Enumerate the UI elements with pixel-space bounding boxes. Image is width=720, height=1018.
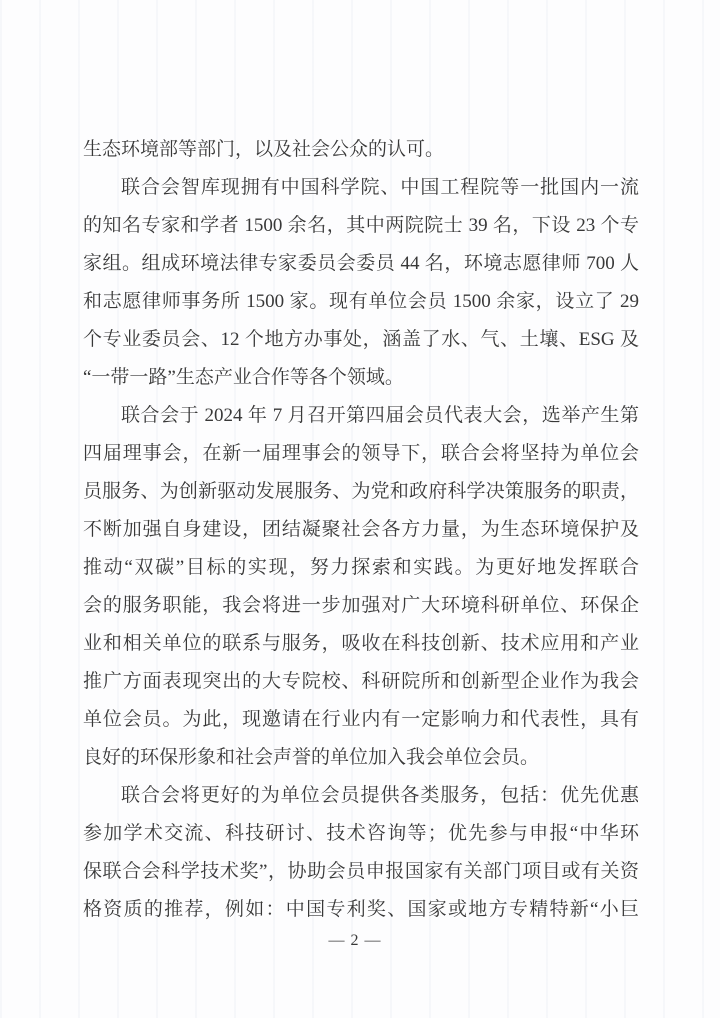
text-line: 个专业委员会、12 个地方办事处，涵盖了水、气、土壤、ESG 及 — [83, 321, 639, 359]
text-line: 联合会将更好的为单位会员提供各类服务，包括：优先优惠 — [83, 777, 639, 815]
text-line: 会的服务职能，我会将进一步加强对广大环境科研单位、环保企 — [83, 587, 639, 625]
text-line: 生态环境部等部门，以及社会公众的认可。 — [83, 131, 639, 169]
text-line: 推广方面表现突出的大专院校、科研院所和创新型企业作为我会 — [83, 663, 639, 701]
document-body: 生态环境部等部门，以及社会公众的认可。联合会智库现拥有中国科学院、中国工程院等一… — [83, 131, 639, 929]
text-line: 家组。组成环境法律专家委员会委员 44 名，环境志愿律师 700 人 — [83, 245, 639, 283]
text-line: 不断加强自身建设，团结凝聚社会各方力量，为生态环境保护及 — [83, 511, 639, 549]
text-line: 参加学术交流、科技研讨、技术咨询等；优先参与申报“中华环 — [83, 815, 639, 853]
text-line: 联合会于 2024 年 7 月召开第四届会员代表大会，选举产生第 — [83, 397, 639, 435]
text-line: 单位会员。为此，现邀请在行业内有一定影响力和代表性，具有 — [83, 701, 639, 739]
text-line: 员服务、为创新驱动发展服务、为党和政府科学决策服务的职责， — [83, 473, 639, 511]
text-line: 业和相关单位的联系与服务，吸收在科技创新、技术应用和产业 — [83, 625, 639, 663]
text-line: “一带一路”生态产业合作等各个领域。 — [83, 359, 639, 397]
text-line: 的知名专家和学者 1500 余名，其中两院院士 39 名，下设 23 个专 — [83, 207, 639, 245]
text-line: 保联合会科学技术奖”，协助会员申报国家有关部门项目或有关资 — [83, 853, 639, 891]
text-line: 格资质的推荐，例如：中国专利奖、国家或地方专精特新“小巨 — [83, 891, 639, 929]
text-line: 良好的环保形象和社会声誉的单位加入我会单位会员。 — [83, 739, 639, 777]
text-line: 和志愿律师事务所 1500 家。现有单位会员 1500 余家，设立了 29 — [83, 283, 639, 321]
page-number: — 2 — — [0, 929, 710, 953]
text-line: 推动“双碳”目标的实现，努力探索和实践。为更好地发挥联合 — [83, 549, 639, 587]
text-line: 四届理事会，在新一届理事会的领导下，联合会将坚持为单位会 — [83, 435, 639, 473]
document-page: 生态环境部等部门，以及社会公众的认可。联合会智库现拥有中国科学院、中国工程院等一… — [0, 0, 720, 1018]
text-line: 联合会智库现拥有中国科学院、中国工程院等一批国内一流 — [83, 169, 639, 207]
